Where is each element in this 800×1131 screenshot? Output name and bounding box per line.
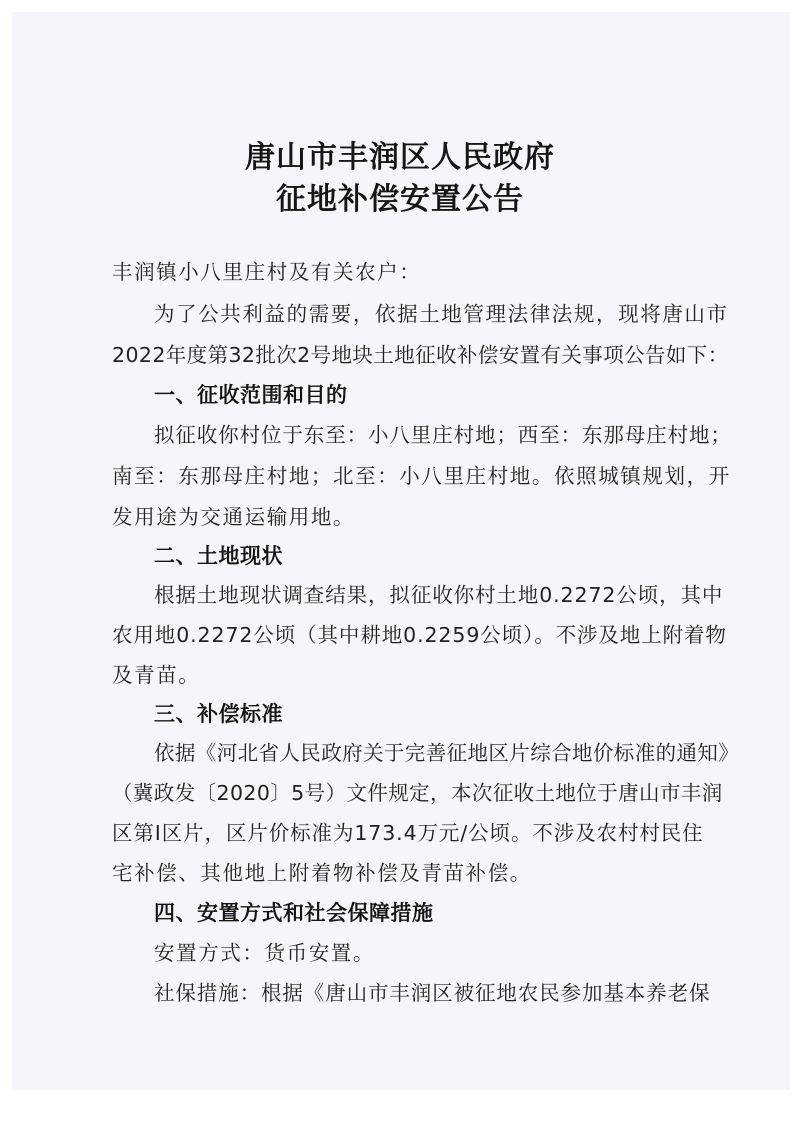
section-1-line-2: 南至：东那母庄村地；北至：小八里庄村地。依照城镇规划，开 xyxy=(112,461,712,491)
intro-line-2: 2022年度第32批次2号地块土地征收补偿安置有关事项公告如下： xyxy=(112,340,712,370)
section-2-line-1: 根据土地现状调查结果，拟征收你村土地0.2272公顷，其中 xyxy=(154,580,754,610)
section-heading-4: 四、安置方式和社会保障措施 xyxy=(154,898,434,928)
section-3-line-4: 宅补偿、其他地上附着物补偿及青苗补偿。 xyxy=(112,858,712,888)
section-3-line-3: 区第Ⅰ区片，区片价标准为173.4万元/公顷。不涉及农村村民住 xyxy=(112,818,712,848)
section-2-line-2: 农用地0.2272公顷（其中耕地0.2259公顷）。不涉及地上附着物 xyxy=(112,620,712,650)
section-1-line-1: 拟征收你村位于东至：小八里庄村地；西至：东那母庄村地； xyxy=(154,420,754,450)
section-2-line-3: 及青苗。 xyxy=(112,660,712,690)
intro-line-1: 为了公共利益的需要，依据土地管理法律法规，现将唐山市 xyxy=(154,299,754,329)
section-heading-3: 三、补偿标准 xyxy=(154,699,283,729)
document-title: 唐山市丰润区人民政府 征地补偿安置公告 xyxy=(0,137,800,221)
section-heading-2: 二、土地现状 xyxy=(154,541,283,571)
section-1-line-3: 发用途为交通运输用地。 xyxy=(112,502,712,532)
section-3-line-2: （冀政发〔2020〕5号）文件规定，本次征收土地位于唐山市丰润 xyxy=(112,778,712,808)
section-4-line-2: 社保措施：根据《唐山市丰润区被征地农民参加基本养老保 xyxy=(154,978,754,1008)
title-line-issuer: 唐山市丰润区人民政府 xyxy=(0,137,800,179)
title-line-subject: 征地补偿安置公告 xyxy=(0,179,800,221)
section-heading-1: 一、征收范围和目的 xyxy=(154,380,348,410)
section-4-line-1: 安置方式：货币安置。 xyxy=(154,938,754,968)
salutation: 丰润镇小八里庄村及有关农户： xyxy=(112,257,712,287)
section-3-line-1: 依据《河北省人民政府关于完善征地区片综合地价标准的通知》 xyxy=(154,738,754,768)
